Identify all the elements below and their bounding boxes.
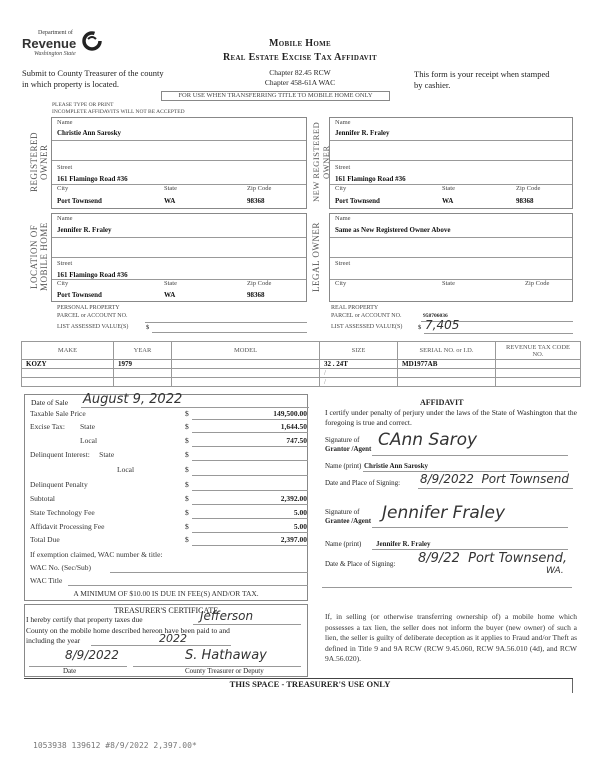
name-label: Name xyxy=(57,119,73,126)
location-zip[interactable]: 98368 xyxy=(247,291,265,299)
currency-sign: $ xyxy=(185,535,189,544)
state-technology-fee-value[interactable]: 5.00 xyxy=(227,508,307,517)
treasurer-title: TREASURER'S CERTIFICATE xyxy=(25,606,307,615)
col-make: MAKE xyxy=(22,342,114,360)
cell-size[interactable]: 32 . 24T xyxy=(320,360,398,369)
cell-model[interactable] xyxy=(172,378,320,387)
grantee-signature-label-1: Signature of xyxy=(325,508,359,516)
real-assessed-label: LIST ASSESSED VALUE(S) xyxy=(331,324,402,330)
currency-sign: $ xyxy=(185,422,189,431)
grantor-signature[interactable]: CAnn Saroy xyxy=(378,430,477,450)
cell-size[interactable]: / xyxy=(320,378,398,387)
new-owner-zip[interactable]: 98368 xyxy=(516,197,534,205)
col-serial: SERIAL NO. or I.D. xyxy=(398,342,496,360)
location-box: Name Jennifer R. Fraley Street 161 Flami… xyxy=(51,213,307,302)
legal-owner-name[interactable]: Same as New Registered Owner Above xyxy=(335,226,450,234)
personal-assessed-field[interactable] xyxy=(152,332,307,333)
treasurer-line2: County on the mobile home described here… xyxy=(26,626,230,635)
city-label: City xyxy=(335,185,346,192)
delinquent-penalty-label: Delinquent Penalty xyxy=(30,480,88,489)
state-label: State xyxy=(164,280,177,287)
new-owner-state[interactable]: WA xyxy=(442,197,453,205)
minimum-due-notice: A MINIMUM OF $10.00 IS DUE IN FEE(S) AND… xyxy=(24,589,308,598)
new-owner-city[interactable]: Port Townsend xyxy=(335,197,380,205)
receipt-text-1: This form is your receipt when stamped xyxy=(414,69,550,79)
treasurer-use-right-border xyxy=(572,679,573,693)
registered-owner-street[interactable]: 161 Flamingo Road #36 xyxy=(57,175,128,183)
personal-parcel-field[interactable] xyxy=(145,322,307,323)
name-label: Name xyxy=(335,119,351,126)
section-label-legal-owner: LEGAL OWNER xyxy=(311,214,321,300)
currency-sign: $ xyxy=(185,409,189,418)
taxable-sale-price-label: Taxable Sale Price xyxy=(30,409,86,418)
grantor-date-place[interactable]: 8/9/2022 Port Townsend xyxy=(420,472,569,486)
grantor-signature-label-2: Grantor /Agent xyxy=(325,445,371,453)
street-label: Street xyxy=(57,260,72,267)
real-assessed-value[interactable]: 7,405 xyxy=(425,318,459,332)
chapter-wac: Chapter 458-61A WAC xyxy=(240,78,360,87)
subtotal-value[interactable]: 2,392.00 xyxy=(227,494,307,503)
wac-no-label: WAC No. (Sec/Sub) xyxy=(30,563,91,572)
affidavit-title: AFFIDAVIT xyxy=(420,398,463,407)
registered-owner-state[interactable]: WA xyxy=(164,197,175,205)
wac-title-label: WAC Title xyxy=(30,576,62,585)
col-size: SIZE xyxy=(320,342,398,360)
affidavit-processing-fee-label: Affidavit Processing Fee xyxy=(30,522,104,531)
grantee-name[interactable]: Jennifer R. Fraley xyxy=(376,540,431,548)
cell-year[interactable] xyxy=(114,378,172,387)
mobile-home-table: MAKE YEAR MODEL SIZE SERIAL NO. or I.D. … xyxy=(21,341,581,387)
total-due-label: Total Due xyxy=(30,535,60,544)
new-registered-owner-box: Name Jennifer R. Fraley Street 161 Flami… xyxy=(329,117,573,209)
fraud-notice: If, in selling (or otherwise transferrin… xyxy=(325,612,577,665)
treasurer-date-label: Date xyxy=(63,667,76,675)
affidavit-processing-fee-value[interactable]: 5.00 xyxy=(227,522,307,531)
cell-tax-code[interactable] xyxy=(496,369,581,378)
currency-sign: $ xyxy=(185,465,189,474)
treasurer-year[interactable]: 2022 xyxy=(159,632,187,645)
date-of-sale-label: Date of Sale xyxy=(31,398,68,407)
location-state[interactable]: WA xyxy=(164,291,175,299)
treasurer-use-only: THIS SPACE - TREASURER'S USE ONLY xyxy=(0,679,600,689)
col-tax-code: REVENUE TAX CODE NO. xyxy=(496,342,581,360)
total-due-value[interactable]: 2,397.00 xyxy=(227,535,307,544)
personal-assessed-label: LIST ASSESSED VALUE(S) xyxy=(57,324,128,330)
grantor-date-label: Date and Place of Signing: xyxy=(325,479,400,487)
legal-owner-box: Name Same as New Registered Owner Above … xyxy=(329,213,573,302)
section-label-new-registered-owner: NEW REGISTEREDOWNER xyxy=(311,118,331,206)
street-label: Street xyxy=(335,164,350,171)
treasurer-date[interactable]: 8/9/2022 xyxy=(65,648,119,662)
grantor-name[interactable]: Christie Ann Sarosky xyxy=(364,462,428,470)
treasurer-signature[interactable]: S. Hathaway xyxy=(185,648,267,663)
cell-year[interactable] xyxy=(114,369,172,378)
col-year: YEAR xyxy=(114,342,172,360)
city-label: City xyxy=(57,280,68,287)
personal-parcel-label: PARCEL or ACCOUNT NO. xyxy=(57,313,127,319)
currency-sign: $ xyxy=(146,324,149,331)
taxable-sale-price-value[interactable]: 149,500.00 xyxy=(227,409,307,418)
treasurer-line3: including the year xyxy=(26,636,80,645)
delinquent-interest-local-label: Local xyxy=(117,465,134,474)
cell-serial[interactable]: MD1977AB xyxy=(398,360,496,369)
treasurer-county[interactable]: Jefferson xyxy=(200,609,253,623)
receipt-stamp: 1053938 139612 #8/9/2022 2,397.00* xyxy=(33,741,197,750)
currency-sign: $ xyxy=(185,508,189,517)
state-label: State xyxy=(442,185,455,192)
table-row: / xyxy=(22,369,581,378)
street-label: Street xyxy=(57,164,72,171)
treasurer-certificate-box: TREASURER'S CERTIFICATE I hereby certify… xyxy=(24,604,308,677)
location-name[interactable]: Jennifer R. Fraley xyxy=(57,226,112,234)
street-label: Street xyxy=(335,260,350,267)
chapter-rcw: Chapter 82.45 RCW xyxy=(240,68,360,77)
location-street[interactable]: 161 Flamingo Road #36 xyxy=(57,271,128,279)
form-title-line1: Mobile Home xyxy=(0,38,600,49)
zip-label: Zip Code xyxy=(247,185,271,192)
zip-label: Zip Code xyxy=(247,280,271,287)
table-row: / xyxy=(22,378,581,387)
form-title-line2: Real Estate Excise Tax Affidavit xyxy=(0,52,600,63)
grantor-signature-label-1: Signature of xyxy=(325,436,359,444)
col-model: MODEL xyxy=(172,342,320,360)
registered-owner-box: Name Christie Ann Sarosky Street 161 Fla… xyxy=(51,117,307,209)
date-of-sale-value[interactable]: August 9, 2022 xyxy=(83,392,182,407)
grantee-date-place-state: WA. xyxy=(546,566,564,576)
zip-label: Zip Code xyxy=(516,185,540,192)
treasurer-line1: I hereby certify that property taxes due xyxy=(26,615,143,624)
real-property-label: REAL PROPERTY xyxy=(331,305,378,311)
registered-owner-name[interactable]: Christie Ann Sarosky xyxy=(57,129,121,137)
currency-sign: $ xyxy=(185,494,189,503)
city-label: City xyxy=(57,185,68,192)
grantee-signature-label-2: Grantee /Agent xyxy=(325,517,371,525)
excise-local-value[interactable]: 747.50 xyxy=(227,436,307,445)
cell-make[interactable]: KOZY xyxy=(22,360,114,369)
cell-serial[interactable] xyxy=(398,378,496,387)
excise-local-label: Local xyxy=(80,436,97,445)
exemption-label: If exemption claimed, WAC number & title… xyxy=(30,550,163,559)
cell-make[interactable] xyxy=(22,369,114,378)
currency-sign: $ xyxy=(185,436,189,445)
treasurer-sig-label: County Treasurer or Deputy xyxy=(185,667,264,675)
state-label: State xyxy=(442,280,455,287)
section-label-location: LOCATION OFMOBILE HOME xyxy=(29,214,49,300)
grantor-name-label: Name (print) xyxy=(325,462,361,470)
location-city[interactable]: Port Townsend xyxy=(57,291,102,299)
use-notice: FOR USE WHEN TRANSFERRING TITLE TO MOBIL… xyxy=(161,91,390,101)
currency-sign: $ xyxy=(418,324,421,331)
registered-owner-city[interactable]: Port Townsend xyxy=(57,197,102,205)
submit-text-2: in which property is located. xyxy=(22,79,119,89)
cell-model[interactable] xyxy=(172,360,320,369)
cell-make[interactable] xyxy=(22,378,114,387)
name-label: Name xyxy=(57,215,73,222)
receipt-text-2: by cashier. xyxy=(414,80,450,90)
grantee-signature[interactable]: Jennifer Fraley xyxy=(382,503,505,523)
wac-no-field[interactable] xyxy=(110,572,308,573)
delinquent-interest-state-label: Delinquent Interest: State xyxy=(30,450,114,459)
state-technology-fee-label: State Technology Fee xyxy=(30,508,95,517)
cell-serial[interactable] xyxy=(398,369,496,378)
incomplete-notice: INCOMPLETE AFFIDAVITS WILL NOT BE ACCEPT… xyxy=(52,109,185,115)
state-label: State xyxy=(164,185,177,192)
grantee-name-label: Name (print) xyxy=(325,540,361,548)
wac-title-field[interactable] xyxy=(68,585,308,586)
cell-tax-code[interactable] xyxy=(496,360,581,369)
personal-property-label: PERSONAL PROPERTY xyxy=(57,305,120,311)
currency-sign: $ xyxy=(185,522,189,531)
new-owner-name[interactable]: Jennifer R. Fraley xyxy=(335,129,390,137)
new-owner-street[interactable]: 161 Flamingo Road #36 xyxy=(335,175,406,183)
cell-size[interactable]: / xyxy=(320,369,398,378)
excise-state-label: Excise Tax: State xyxy=(30,422,95,431)
affidavit-statement: I certify under penalty of perjury under… xyxy=(325,408,577,428)
type-print-notice: PLEASE TYPE OR PRINT xyxy=(52,102,113,108)
grantee-date-place[interactable]: 8/9/22 Port Townsend, xyxy=(418,551,567,566)
currency-sign: $ xyxy=(185,450,189,459)
currency-sign: $ xyxy=(185,480,189,489)
subtotal-label: Subtotal xyxy=(30,494,55,503)
cell-model[interactable] xyxy=(172,369,320,378)
registered-owner-zip[interactable]: 98368 xyxy=(247,197,265,205)
zip-label: Zip Code xyxy=(525,280,549,287)
table-header-row: MAKE YEAR MODEL SIZE SERIAL NO. or I.D. … xyxy=(22,342,581,360)
cell-year[interactable]: 1979 xyxy=(114,360,172,369)
grantee-date-label: Date & Place of Signing: xyxy=(325,560,395,568)
table-row: KOZY 1979 32 . 24T MD1977AB xyxy=(22,360,581,369)
city-label: City xyxy=(335,280,346,287)
name-label: Name xyxy=(335,215,351,222)
submit-text-1: Submit to County Treasurer of the county xyxy=(22,68,164,78)
cell-tax-code[interactable] xyxy=(496,378,581,387)
real-parcel-label: PARCEL or ACCOUNT NO. xyxy=(331,313,401,319)
section-label-registered-owner: REGISTEREDOWNER xyxy=(29,118,49,206)
excise-state-value[interactable]: 1,644.50 xyxy=(227,422,307,431)
